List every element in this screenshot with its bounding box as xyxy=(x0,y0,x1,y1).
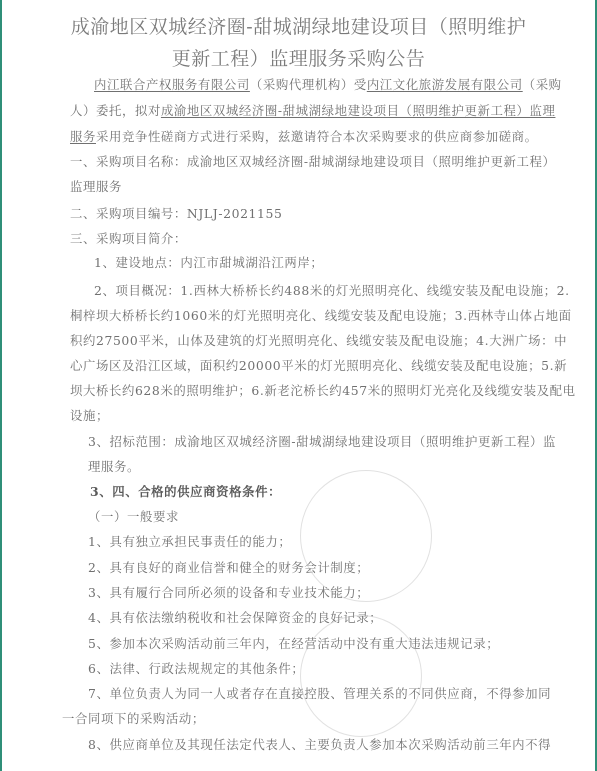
page-border xyxy=(0,0,597,771)
